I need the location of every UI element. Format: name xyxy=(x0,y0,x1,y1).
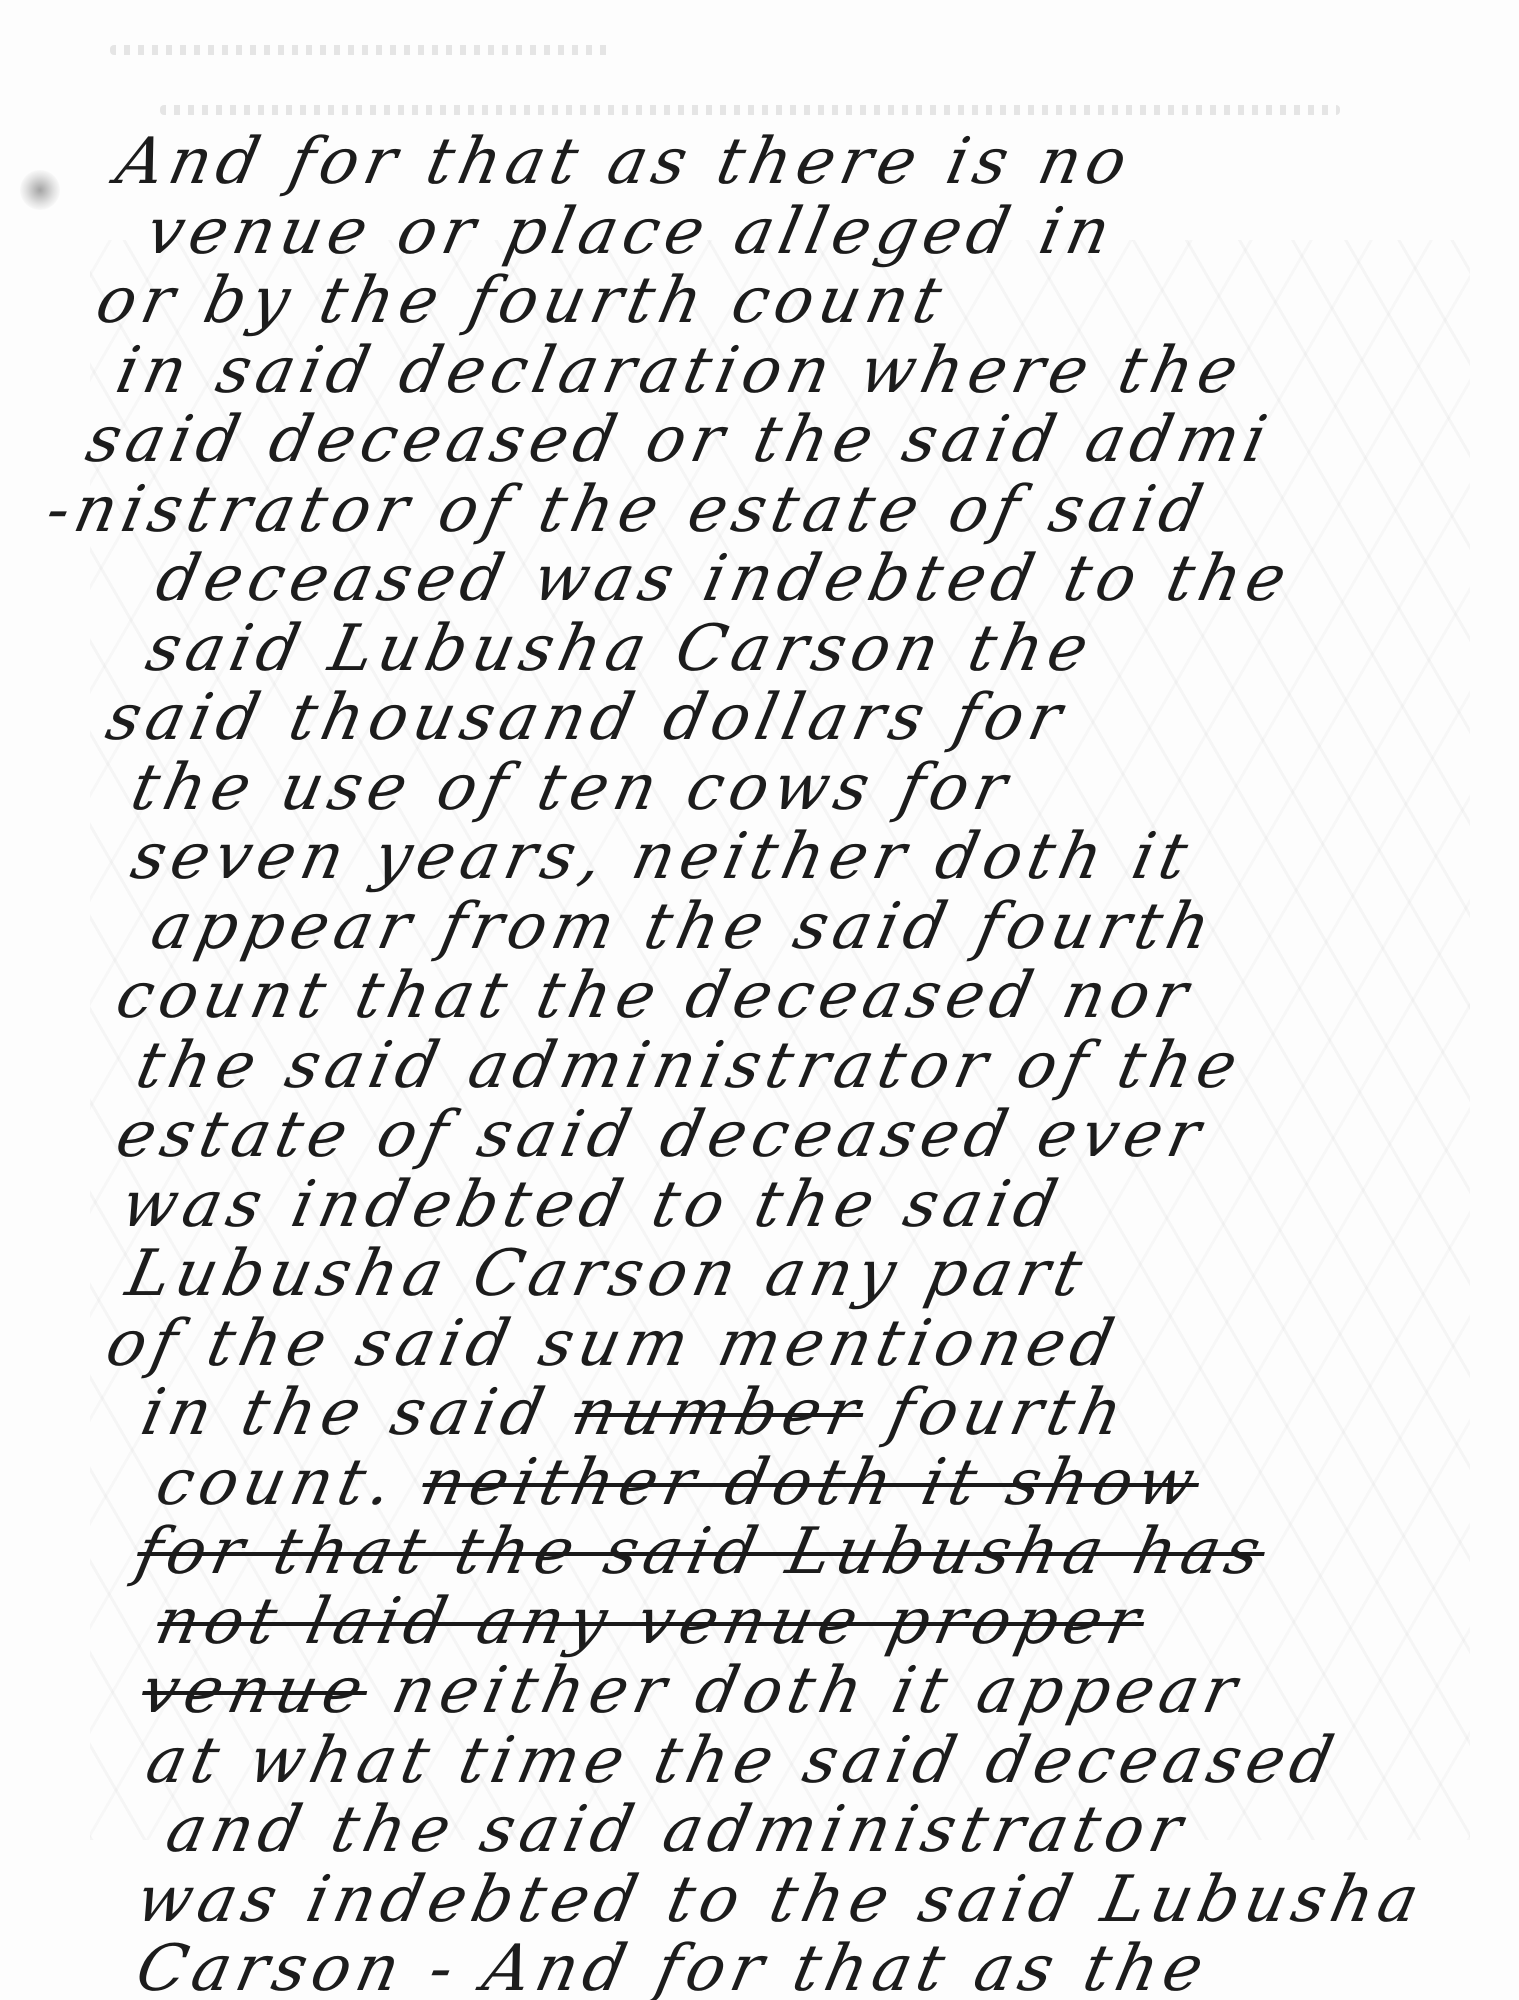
line-text: of the said sum mentioned xyxy=(100,1307,1126,1381)
text-line: said Lubusha Carson the xyxy=(140,612,1100,686)
text-line: was indebted to the said xyxy=(115,1168,1069,1242)
text-line: at what time the said deceased xyxy=(140,1724,1346,1798)
line-text: deceased was indebted to the xyxy=(150,542,1298,616)
manuscript-page: And for that as there is novenue or plac… xyxy=(0,0,1519,2000)
line-text: and the said administrator xyxy=(160,1793,1194,1867)
text-line: and the said administrator xyxy=(160,1793,1194,1867)
text-line: seven years, neither doth it xyxy=(125,820,1200,894)
line-text: the use of ten cows for xyxy=(125,751,1019,825)
text-line: for that the said Lubusha has xyxy=(130,1515,1273,1589)
struck-text: neither doth it show xyxy=(415,1446,1207,1520)
bleed-through-line xyxy=(110,45,610,55)
text-line: the said administrator of the xyxy=(130,1029,1250,1103)
line-text: was indebted to the said xyxy=(115,1168,1069,1242)
line-text: Carson - And for that as the xyxy=(130,1932,1216,2000)
line-text: count. xyxy=(150,1446,431,1520)
line-text: appear from the said fourth xyxy=(145,890,1223,964)
text-line: not laid any venue proper xyxy=(150,1585,1152,1659)
text-line: deceased was indebted to the xyxy=(150,542,1298,616)
text-line: venue or place alleged in xyxy=(140,195,1122,269)
line-text: said thousand dollars for xyxy=(100,681,1074,755)
line-text: in the said xyxy=(135,1376,583,1450)
text-line: said thousand dollars for xyxy=(100,681,1074,755)
text-line: -nistrator of the estate of said xyxy=(40,473,1215,547)
text-line: in the said number fourth xyxy=(135,1376,1135,1450)
text-line: venue neither doth it appear xyxy=(135,1654,1249,1728)
text-line: And for that as there is no xyxy=(110,125,1139,199)
text-line: count that the deceased nor xyxy=(110,959,1200,1033)
text-line: estate of said deceased ever xyxy=(110,1098,1213,1172)
line-text: estate of said deceased ever xyxy=(110,1098,1213,1172)
line-text: said Lubusha Carson the xyxy=(140,612,1100,686)
struck-text: not laid any venue proper xyxy=(150,1585,1152,1659)
text-line: count. neither doth it show xyxy=(150,1446,1207,1520)
line-text: venue or place alleged in xyxy=(140,195,1122,269)
struck-text: venue xyxy=(135,1654,375,1728)
struck-text: for that the said Lubusha has xyxy=(130,1515,1273,1589)
text-line: of the said sum mentioned xyxy=(100,1307,1126,1381)
struck-text: number xyxy=(567,1376,871,1450)
bleed-through-line xyxy=(160,105,1340,115)
line-text: -nistrator of the estate of said xyxy=(40,473,1215,547)
line-text: or by the fourth count xyxy=(90,264,954,338)
text-line: Lubusha Carson any part xyxy=(120,1237,1094,1311)
text-line: Carson - And for that as the xyxy=(130,1932,1216,2000)
line-text: said deceased or the said admi xyxy=(80,403,1279,477)
text-line: the use of ten cows for xyxy=(125,751,1019,825)
text-line: was indebted to the said Lubusha xyxy=(130,1863,1431,1937)
text-line: said deceased or the said admi xyxy=(80,403,1279,477)
line-text: Lubusha Carson any part xyxy=(120,1237,1094,1311)
line-text: neither doth it appear xyxy=(359,1654,1248,1728)
line-text: was indebted to the said Lubusha xyxy=(130,1863,1431,1937)
text-line: appear from the said fourth xyxy=(145,890,1223,964)
text-line: or by the fourth count xyxy=(90,264,954,338)
line-text: in said declaration where the xyxy=(110,334,1250,408)
line-text: fourth xyxy=(856,1376,1135,1450)
text-line: in said declaration where the xyxy=(110,334,1250,408)
line-text: the said administrator of the xyxy=(130,1029,1250,1103)
line-text: count that the deceased nor xyxy=(110,959,1200,1033)
ink-smudge xyxy=(20,170,60,210)
line-text: And for that as there is no xyxy=(110,125,1139,199)
line-text: seven years, neither doth it xyxy=(125,820,1200,894)
line-text: at what time the said deceased xyxy=(140,1724,1346,1798)
